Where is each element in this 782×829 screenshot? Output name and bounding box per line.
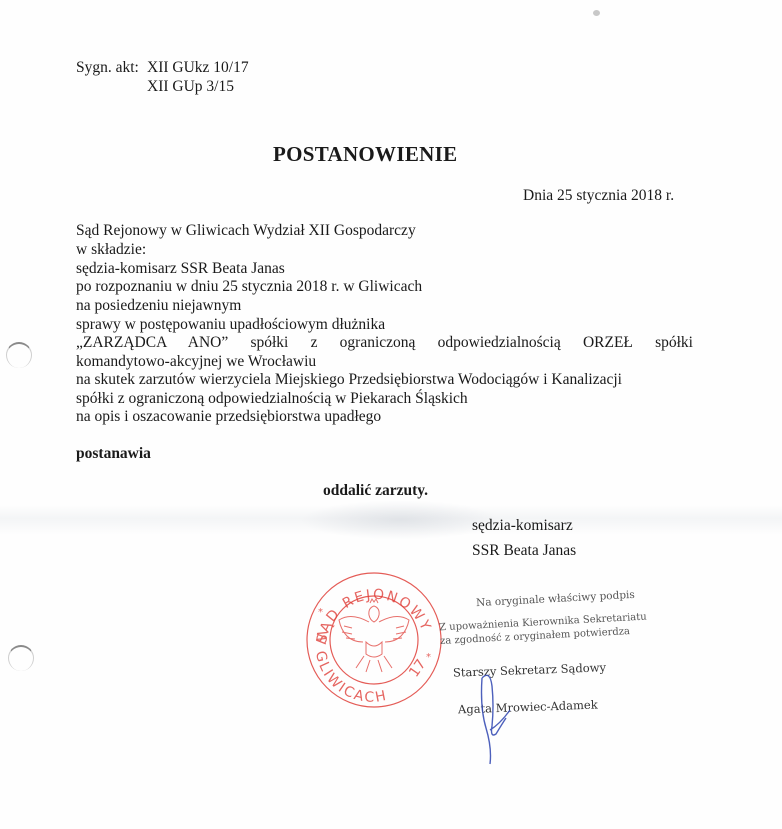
body-line: komandytowo-akcyjnej we Wrocławiu bbox=[76, 352, 316, 371]
punch-hole-icon bbox=[6, 342, 32, 368]
document-date: Dnia 25 stycznia 2018 r. bbox=[523, 186, 674, 205]
case-ref-label: Sygn. akt: bbox=[76, 58, 139, 77]
svg-text:SĄD REJONOWY: SĄD REJONOWY bbox=[314, 587, 434, 645]
body-line: po rozpoznaniu w dniu 25 stycznia 2018 r… bbox=[76, 277, 422, 296]
judge-name: SSR Beata Janas bbox=[472, 541, 576, 560]
svg-text:*: * bbox=[318, 607, 323, 618]
body-line: sędzia-komisarz SSR Beata Janas bbox=[76, 259, 285, 278]
body-line: na posiedzeniu niejawnym bbox=[76, 296, 241, 315]
scanned-document-page: Sygn. akt: XII GUkz 10/17 XII GUp 3/15 P… bbox=[0, 0, 782, 829]
handwritten-signature-icon bbox=[470, 660, 520, 770]
body-line: na opis i oszacowanie przedsiębiorstwa u… bbox=[76, 407, 381, 426]
paper-fold-crease bbox=[300, 500, 500, 540]
certification-line: Na oryginale właściwy podpis bbox=[476, 589, 635, 609]
stamp-bottom-text: W GLIWICACH bbox=[311, 629, 389, 705]
body-line: sprawy w postępowaniu upadłościowym dłuż… bbox=[76, 315, 385, 334]
decision-label: postanawia bbox=[76, 444, 151, 463]
body-line: w składzie: bbox=[76, 240, 146, 259]
body-line: „ZARZĄDCA ANO” spółki z ograniczoną odpo… bbox=[76, 333, 693, 352]
punch-hole-icon bbox=[8, 645, 34, 671]
svg-text:W GLIWICACH: W GLIWICACH bbox=[311, 629, 389, 705]
case-number: XII GUkz 10/17 bbox=[147, 58, 249, 77]
body-line: na skutek zarzutów wierzyciela Miejskieg… bbox=[76, 370, 622, 389]
body-line: Sąd Rejonowy w Gliwicach Wydział XII Gos… bbox=[76, 221, 416, 240]
paper-fold-shadow bbox=[0, 505, 782, 535]
judge-role: sędzia-komisarz bbox=[472, 516, 573, 535]
court-stamp-icon: SĄD REJONOWY W GLIWICACH 17 * * bbox=[304, 570, 444, 710]
body-line: spółki z ograniczoną odpowiedzialnością … bbox=[76, 389, 468, 408]
decision-text: oddalić zarzuty. bbox=[323, 481, 428, 500]
case-number: XII GUp 3/15 bbox=[147, 77, 234, 96]
stamp-top-text: SĄD REJONOWY bbox=[314, 587, 434, 645]
scan-speck bbox=[593, 10, 600, 16]
svg-text:*: * bbox=[426, 652, 431, 663]
document-title: POSTANOWIENIE bbox=[273, 142, 457, 167]
